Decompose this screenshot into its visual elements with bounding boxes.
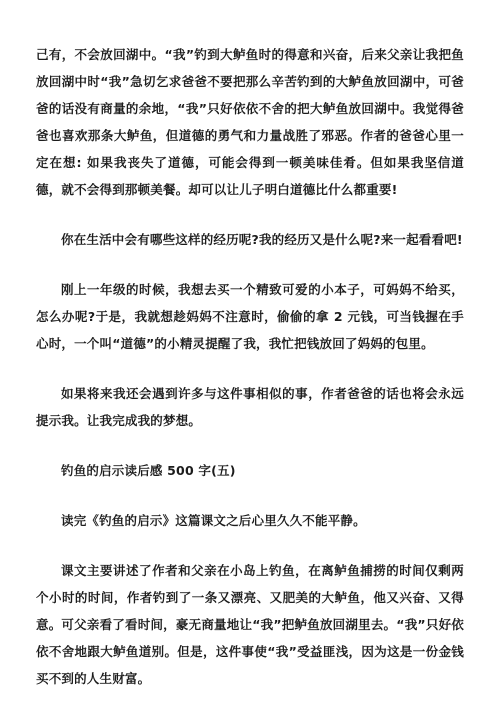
paragraph-question: 你在生活中会有哪些这样的经历呢?我的经历又是什么呢?来一起看看吧! [36,226,464,253]
section-heading: 钓鱼的启示读后感 500 字(五) [36,457,464,484]
paragraph-summary: 课文主要讲述了作者和父亲在小岛上钓鱼，在离鲈鱼捕捞的时间仅剩两个小时的时间，作者… [36,557,464,692]
paragraph-reflection: 如果将来我还会遇到许多与这件事相似的事，作者爸爸的话也将会永远提示我。让我完成我… [36,380,464,434]
paragraph-intro: 读完《钓鱼的启示》这篇课文之后心里久久不能平静。 [36,507,464,534]
paragraph-personal-story: 刚上一年级的时候，我想去买一个精致可爱的小本子，可妈妈不给买，怎么办呢?于是，我… [36,276,464,357]
document-page: 己有，不会放回湖中。“我”钓到大鲈鱼时的得意和兴奋，后来父亲让我把鱼放回湖中时“… [0,0,500,708]
paragraph-continuation: 己有，不会放回湖中。“我”钓到大鲈鱼时的得意和兴奋，后来父亲让我把鱼放回湖中时“… [36,41,464,203]
